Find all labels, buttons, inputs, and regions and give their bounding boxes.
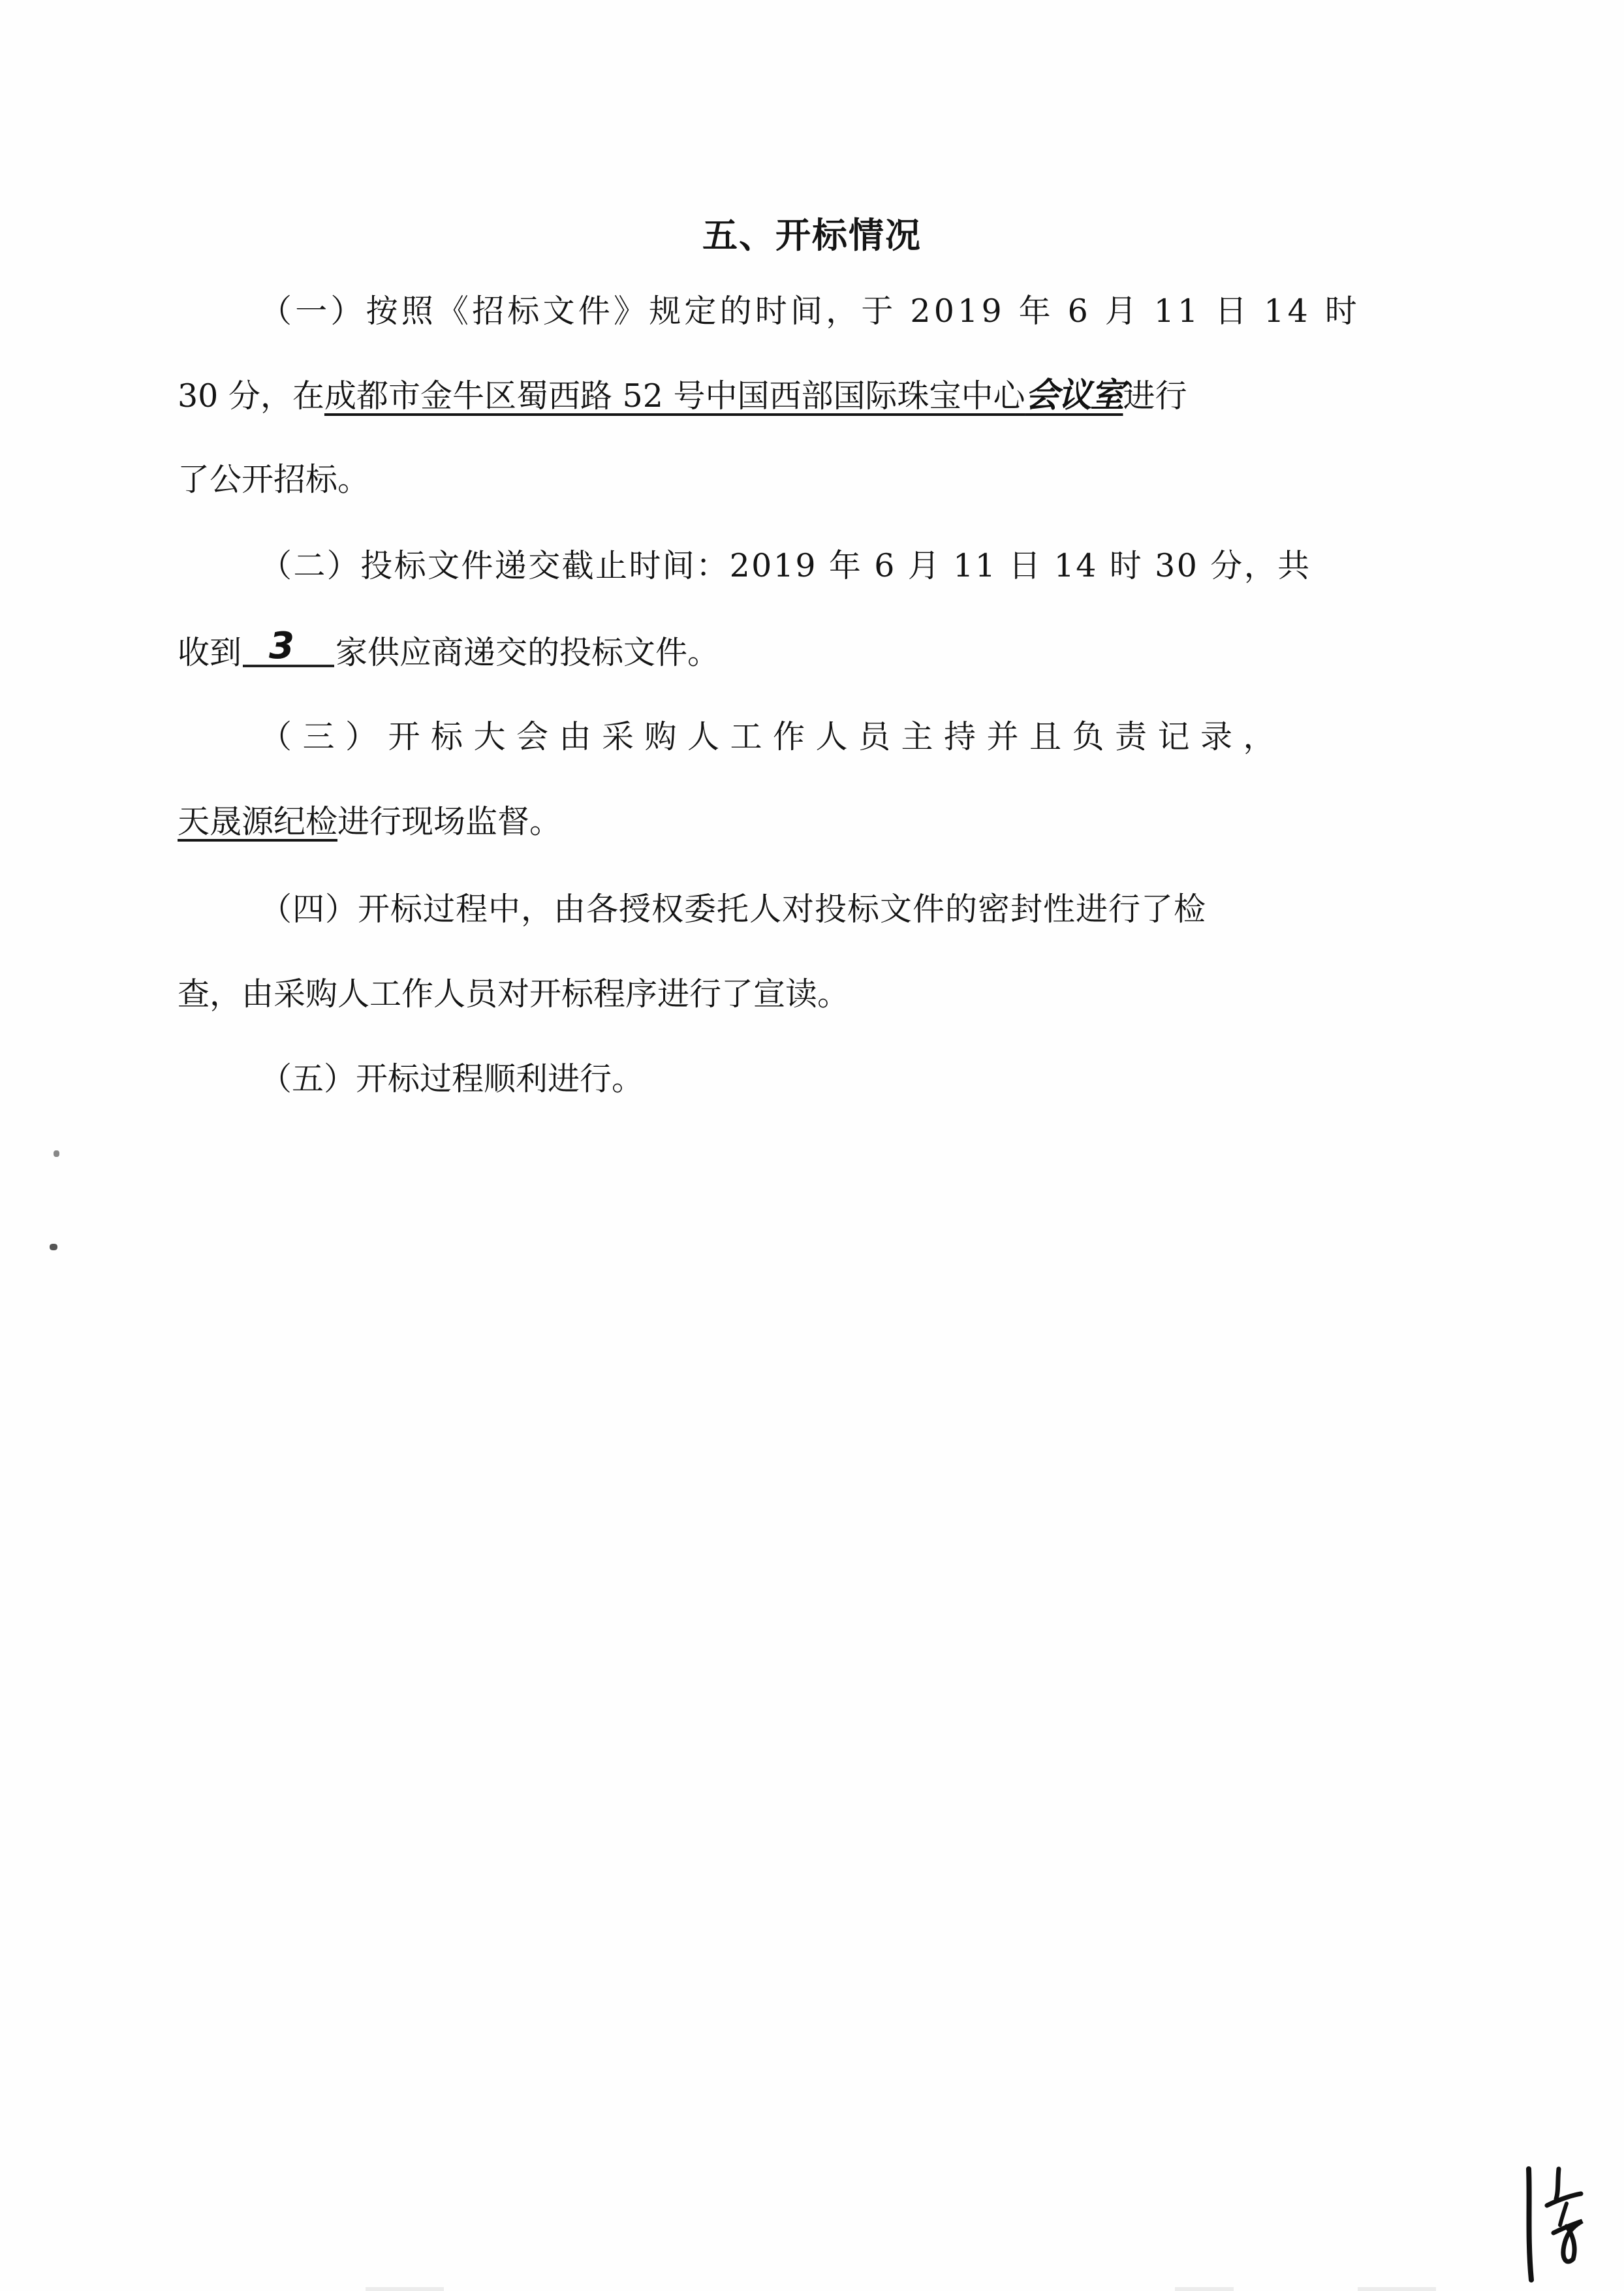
venue-address-text: 成都市金牛区蜀西路 52 号中国西部国际珠宝中心 xyxy=(324,377,1025,415)
paragraph-1-line-2-suffix: 进行 xyxy=(1123,377,1187,415)
scan-speck xyxy=(50,1244,57,1250)
scan-artifact xyxy=(1175,2287,1234,2291)
paragraph-5-line-1: （五）开标过程顺利进行。 xyxy=(260,1063,644,1095)
document-page: 五、开标情况 （一）按照《招标文件》规定的时间，于 2019 年 6 月 11 … xyxy=(0,0,1624,2291)
section-title: 五、开标情况 xyxy=(0,208,1624,258)
paragraph-3-line-1: （三）开标大会由采购人工作人员主持并且负责记录， xyxy=(260,721,1286,753)
paragraph-4-line-2: 查，由采购人工作人员对开标程序进行了宣读。 xyxy=(178,978,849,1010)
paragraph-2-line-2-prefix: 收到 xyxy=(178,634,242,671)
paragraph-2-line-2-suffix: 家供应商递交的投标文件。 xyxy=(336,634,719,671)
supervisor-underlined: 天晟源纪检 xyxy=(178,803,337,840)
scan-artifact xyxy=(366,2287,444,2291)
paragraph-3-line-2-suffix: 进行现场监督。 xyxy=(337,803,561,840)
venue-address-underlined: 成都市金牛区蜀西路 52 号中国西部国际珠宝中心会议室 xyxy=(324,377,1123,415)
paragraph-1-line-2: 30 分，在成都市金牛区蜀西路 52 号中国西部国际珠宝中心会议室进行 xyxy=(178,379,1187,413)
supplier-count-blank: 3 xyxy=(243,635,334,667)
paragraph-1-line-2-prefix: 30 分，在 xyxy=(178,377,324,415)
handwritten-venue-room: 会议室 xyxy=(1025,376,1123,415)
handwritten-signature-icon xyxy=(1521,2161,1593,2285)
paragraph-2-line-2: 收到3家供应商递交的投标文件。 xyxy=(178,635,719,669)
scan-speck xyxy=(54,1150,59,1157)
paragraph-3-line-2: 天晟源纪检进行现场监督。 xyxy=(178,806,561,838)
paragraph-4-line-1: （四）开标过程中，由各授权委托人对投标文件的密封性进行了检 xyxy=(260,893,1206,925)
handwritten-supplier-count: 3 xyxy=(269,628,294,665)
paragraph-2-line-1: （二）投标文件递交截止时间：2019 年 6 月 11 日 14 时 30 分，… xyxy=(260,550,1311,582)
paragraph-1-line-3: 了公开招标。 xyxy=(178,464,369,496)
paragraph-1-line-1: （一）按照《招标文件》规定的时间，于 2019 年 6 月 11 日 14 时 xyxy=(260,295,1360,327)
scan-artifact xyxy=(1358,2287,1436,2291)
